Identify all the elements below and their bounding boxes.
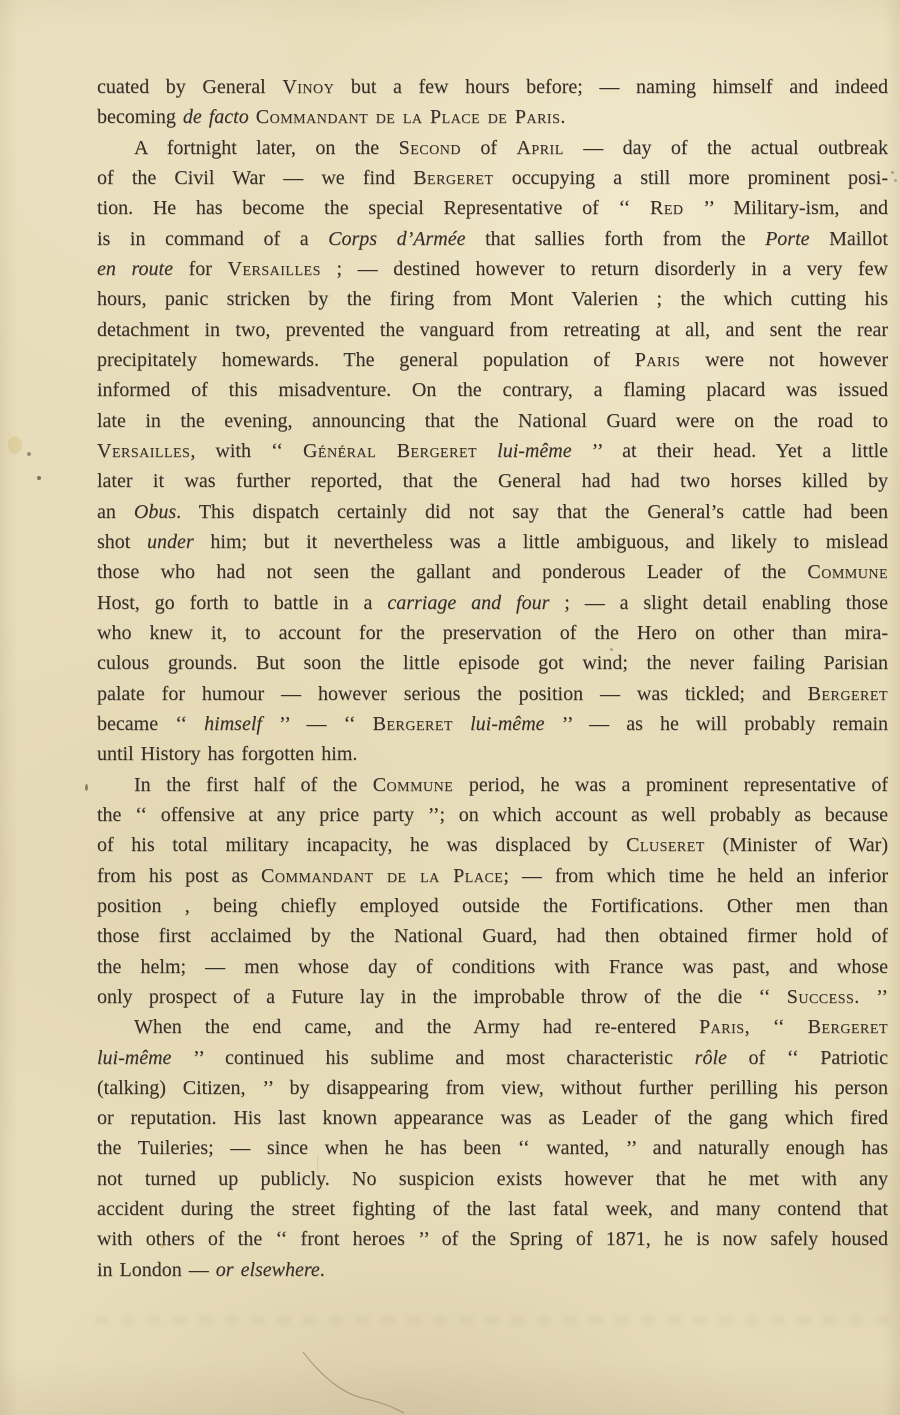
text-run bbox=[453, 713, 470, 735]
text-run: were not however bbox=[680, 349, 888, 371]
text-line: lui-même ’’ continued his sublime and mo… bbox=[97, 1043, 888, 1073]
text-run: Versailles bbox=[97, 440, 190, 462]
text-run: de facto bbox=[183, 106, 249, 128]
text-run: only prospect of a Future lay in the imp… bbox=[97, 986, 787, 1008]
text-run: Second bbox=[399, 137, 461, 159]
text-run: ’’ — ‘‘ bbox=[262, 713, 373, 735]
text-line: the ‘‘ offensive at any price party ’’; … bbox=[97, 800, 888, 830]
text-run: not turned up publicly. No suspicion exi… bbox=[97, 1168, 888, 1190]
text-run: of the Civil War — we find bbox=[97, 167, 413, 189]
text-line: informed of this misadventure. On the co… bbox=[97, 375, 888, 405]
text-line: of his total military incapacity, he was… bbox=[97, 830, 888, 860]
text-run: lui-même bbox=[97, 1047, 171, 1069]
text-run: an bbox=[97, 501, 134, 523]
text-run: Host, go forth to battle in a bbox=[97, 592, 387, 614]
text-run bbox=[477, 440, 497, 462]
text-run: the Tuileries; — since when he has been … bbox=[97, 1137, 888, 1159]
text-run: . bbox=[320, 1259, 325, 1281]
text-run: palate for humour — however serious the … bbox=[97, 683, 808, 705]
text-line: late in the evening, announcing that the… bbox=[97, 406, 888, 436]
text-line: tion. He has become the special Represen… bbox=[97, 193, 888, 223]
text-line: the Tuileries; — since when he has been … bbox=[97, 1133, 888, 1163]
text-run: ; — from which time he held an inferior bbox=[503, 865, 888, 887]
text-line: en route for Versailles ; — destined how… bbox=[97, 254, 888, 284]
text-line: those first acclaimed by the National Gu… bbox=[97, 921, 888, 951]
text-run: him; but it nevertheless was a little am… bbox=[194, 531, 888, 553]
text-line: an Obus. This dispatch certainly did not… bbox=[97, 497, 888, 527]
text-line: is in command of a Corps d’Armée that sa… bbox=[97, 224, 888, 254]
text-run: ’’ Military-ism, and bbox=[684, 197, 888, 219]
text-run: Red bbox=[650, 197, 684, 219]
text-run: accident during the street fighting of t… bbox=[97, 1198, 888, 1220]
text-run: period, he was a prominent representativ… bbox=[453, 774, 888, 796]
text-run: Commandant de la Place bbox=[261, 865, 503, 887]
text-line: detachment in two, prevented the vanguar… bbox=[97, 315, 888, 345]
text-run: Vinoy bbox=[282, 76, 334, 98]
text-run: ; — a slight detail enabling those bbox=[549, 592, 888, 614]
text-line: A fortnight later, on the Second of Apri… bbox=[97, 133, 888, 163]
text-run: ’’ at their head. Yet a little bbox=[572, 440, 888, 462]
text-run: from his post as bbox=[97, 865, 261, 887]
text-line: precipitately homewards. The general pop… bbox=[97, 345, 888, 375]
text-line: Versailles, with ‘‘ Général Bergeret lui… bbox=[97, 436, 888, 466]
paper-speck bbox=[27, 452, 31, 456]
text-run: who knew it, to account for the preserva… bbox=[97, 622, 888, 644]
text-line: until History has forgotten him. bbox=[97, 739, 888, 769]
text-run: Bergeret bbox=[413, 167, 493, 189]
text-run: Bergeret bbox=[373, 713, 453, 735]
text-run: Commandant de la Place de Paris. bbox=[256, 106, 566, 128]
text-line: position , being chiefly employed outsid… bbox=[97, 891, 888, 921]
text-line: of the Civil War — we find Bergeret occu… bbox=[97, 163, 888, 193]
text-line: or reputation. His last known appearance… bbox=[97, 1103, 888, 1133]
text-run: ’’ continued his sublime and most charac… bbox=[171, 1047, 694, 1069]
text-run: the helm; — men whose day of conditions … bbox=[97, 956, 888, 978]
text-line: not turned up publicly. No suspicion exi… bbox=[97, 1164, 888, 1194]
text-run: those who had not seen the gallant and p… bbox=[97, 561, 807, 583]
text-line: palate for humour — however serious the … bbox=[97, 679, 888, 709]
text-line: only prospect of a Future lay in the imp… bbox=[97, 982, 888, 1012]
text-line: from his post as Commandant de la Place;… bbox=[97, 861, 888, 891]
text-run: , with ‘‘ bbox=[190, 440, 303, 462]
text-run: Bergeret bbox=[808, 683, 888, 705]
text-run: of his total military incapacity, he was… bbox=[97, 834, 626, 856]
text-run: late in the evening, announcing that the… bbox=[97, 410, 888, 432]
show-through-ghost-text bbox=[95, 1316, 890, 1325]
text-run: Obus bbox=[134, 501, 176, 523]
text-run: lui-même bbox=[497, 440, 571, 462]
text-run: Commune bbox=[373, 774, 454, 796]
text-run: Paris bbox=[699, 1016, 745, 1038]
paragraph: cuated by General Vinoy but a few hours … bbox=[97, 72, 888, 133]
text-run: , ‘‘ bbox=[745, 1016, 808, 1038]
text-run: ’’ — as he will probably remain bbox=[545, 713, 888, 735]
text-run: Versailles bbox=[228, 258, 321, 280]
text-run: Success. bbox=[787, 986, 860, 1008]
text-run: culous grounds. But soon the little epis… bbox=[97, 652, 888, 674]
text-run: Corps d’Armée bbox=[328, 228, 465, 250]
text-run: position , being chiefly employed outsid… bbox=[97, 895, 888, 917]
text-run: shot bbox=[97, 531, 147, 553]
text-line: accident during the street fighting of t… bbox=[97, 1194, 888, 1224]
text-run: those first acclaimed by the National Gu… bbox=[97, 925, 888, 947]
text-run: detachment in two, prevented the vanguar… bbox=[97, 319, 888, 341]
text-run: In the first half of the bbox=[134, 774, 373, 796]
text-run: precipitately homewards. The general pop… bbox=[97, 349, 635, 371]
text-line: the helm; — men whose day of conditions … bbox=[97, 952, 888, 982]
text-run: April bbox=[516, 137, 563, 159]
text-run: lui-même bbox=[470, 713, 544, 735]
paragraph: In the first half of the Commune period,… bbox=[97, 770, 888, 1013]
text-run: of ‘‘ Patriotic bbox=[727, 1047, 888, 1069]
text-run: cuated by General bbox=[97, 76, 282, 98]
text-line: with others of the ‘‘ front heroes ’’ of… bbox=[97, 1224, 888, 1254]
text-run: became ‘‘ bbox=[97, 713, 204, 735]
paper-speck bbox=[85, 784, 88, 791]
text-line: hours, panic stricken by the firing from… bbox=[97, 284, 888, 314]
text-run: Commune bbox=[807, 561, 888, 583]
text-run: of bbox=[461, 137, 517, 159]
text-run: is in command of a bbox=[97, 228, 328, 250]
text-run: Porte bbox=[765, 228, 809, 250]
text-run: in London — bbox=[97, 1259, 216, 1281]
text-run: Paris bbox=[635, 349, 681, 371]
text-line: later it was further reported, that the … bbox=[97, 466, 888, 496]
text-block: cuated by General Vinoy but a few hours … bbox=[97, 72, 888, 1285]
text-run: that sallies forth from the bbox=[466, 228, 766, 250]
text-line: who knew it, to account for the preserva… bbox=[97, 618, 888, 648]
text-run: carriage and four bbox=[387, 592, 549, 614]
text-run: . This dispatch certainly did not say th… bbox=[176, 501, 888, 523]
text-run: ; — destined however to return disorderl… bbox=[321, 258, 888, 280]
text-line: (talking) Citizen, ’’ by disappearing fr… bbox=[97, 1073, 888, 1103]
text-run: for bbox=[173, 258, 228, 280]
text-line: cuated by General Vinoy but a few hours … bbox=[97, 72, 888, 102]
text-run: or reputation. His last known appearance… bbox=[97, 1107, 888, 1129]
text-run: but a few hours before; — naming himself… bbox=[334, 76, 888, 98]
paper-speck bbox=[894, 179, 897, 182]
paper-speck bbox=[8, 436, 22, 454]
text-line: becoming de facto Commandant de la Place… bbox=[97, 102, 888, 132]
text-run: the ‘‘ offensive at any price party ’’; … bbox=[97, 804, 888, 826]
text-line: those who had not seen the gallant and p… bbox=[97, 557, 888, 587]
text-line: culous grounds. But soon the little epis… bbox=[97, 648, 888, 678]
text-run: Bergeret bbox=[808, 1016, 888, 1038]
text-run: with others of the ‘‘ front heroes ’’ of… bbox=[97, 1228, 888, 1250]
text-line: When the end came, and the Army had re-e… bbox=[97, 1012, 888, 1042]
text-run: tion. He has become the special Represen… bbox=[97, 197, 650, 219]
text-run: later it was further reported, that the … bbox=[97, 470, 888, 492]
text-line: shot under him; but it nevertheless was … bbox=[97, 527, 888, 557]
text-run: When the end came, and the Army had re-e… bbox=[134, 1016, 699, 1038]
text-run: occupying a still more prominent posi- bbox=[494, 167, 888, 189]
text-line: Host, go forth to battle in a carriage a… bbox=[97, 588, 888, 618]
text-run: informed of this misadventure. On the co… bbox=[97, 379, 888, 401]
text-run: — day of the actual outbreak bbox=[564, 137, 888, 159]
text-run bbox=[249, 106, 256, 128]
text-line: in London — or elsewhere. bbox=[97, 1255, 888, 1285]
text-run: Général Bergeret bbox=[303, 440, 477, 462]
text-run: or elsewhere bbox=[216, 1259, 320, 1281]
text-run: Cluseret bbox=[626, 834, 705, 856]
page-scan: cuated by General Vinoy but a few hours … bbox=[0, 0, 900, 1415]
text-run: Maillot bbox=[810, 228, 888, 250]
text-run: A fortnight later, on the bbox=[134, 137, 399, 159]
paper-speck bbox=[891, 171, 894, 174]
text-run: (talking) Citizen, ’’ by disappearing fr… bbox=[97, 1077, 888, 1099]
text-run: until History has forgotten him. bbox=[97, 743, 357, 765]
text-line: In the first half of the Commune period,… bbox=[97, 770, 888, 800]
text-run: ’’ bbox=[860, 986, 888, 1008]
text-run: under bbox=[147, 531, 194, 553]
text-run: en route bbox=[97, 258, 173, 280]
paper-speck bbox=[37, 476, 41, 480]
text-run: (Minister of War) bbox=[705, 834, 888, 856]
text-run: himself bbox=[204, 713, 262, 735]
text-run: becoming bbox=[97, 106, 183, 128]
text-line: became ‘‘ himself ’’ — ‘‘ Bergeret lui-m… bbox=[97, 709, 888, 739]
paragraph: When the end came, and the Army had re-e… bbox=[97, 1012, 888, 1285]
text-run: rôle bbox=[695, 1047, 727, 1069]
text-run: hours, panic stricken by the firing from… bbox=[97, 288, 888, 310]
paragraph: A fortnight later, on the Second of Apri… bbox=[97, 133, 888, 770]
